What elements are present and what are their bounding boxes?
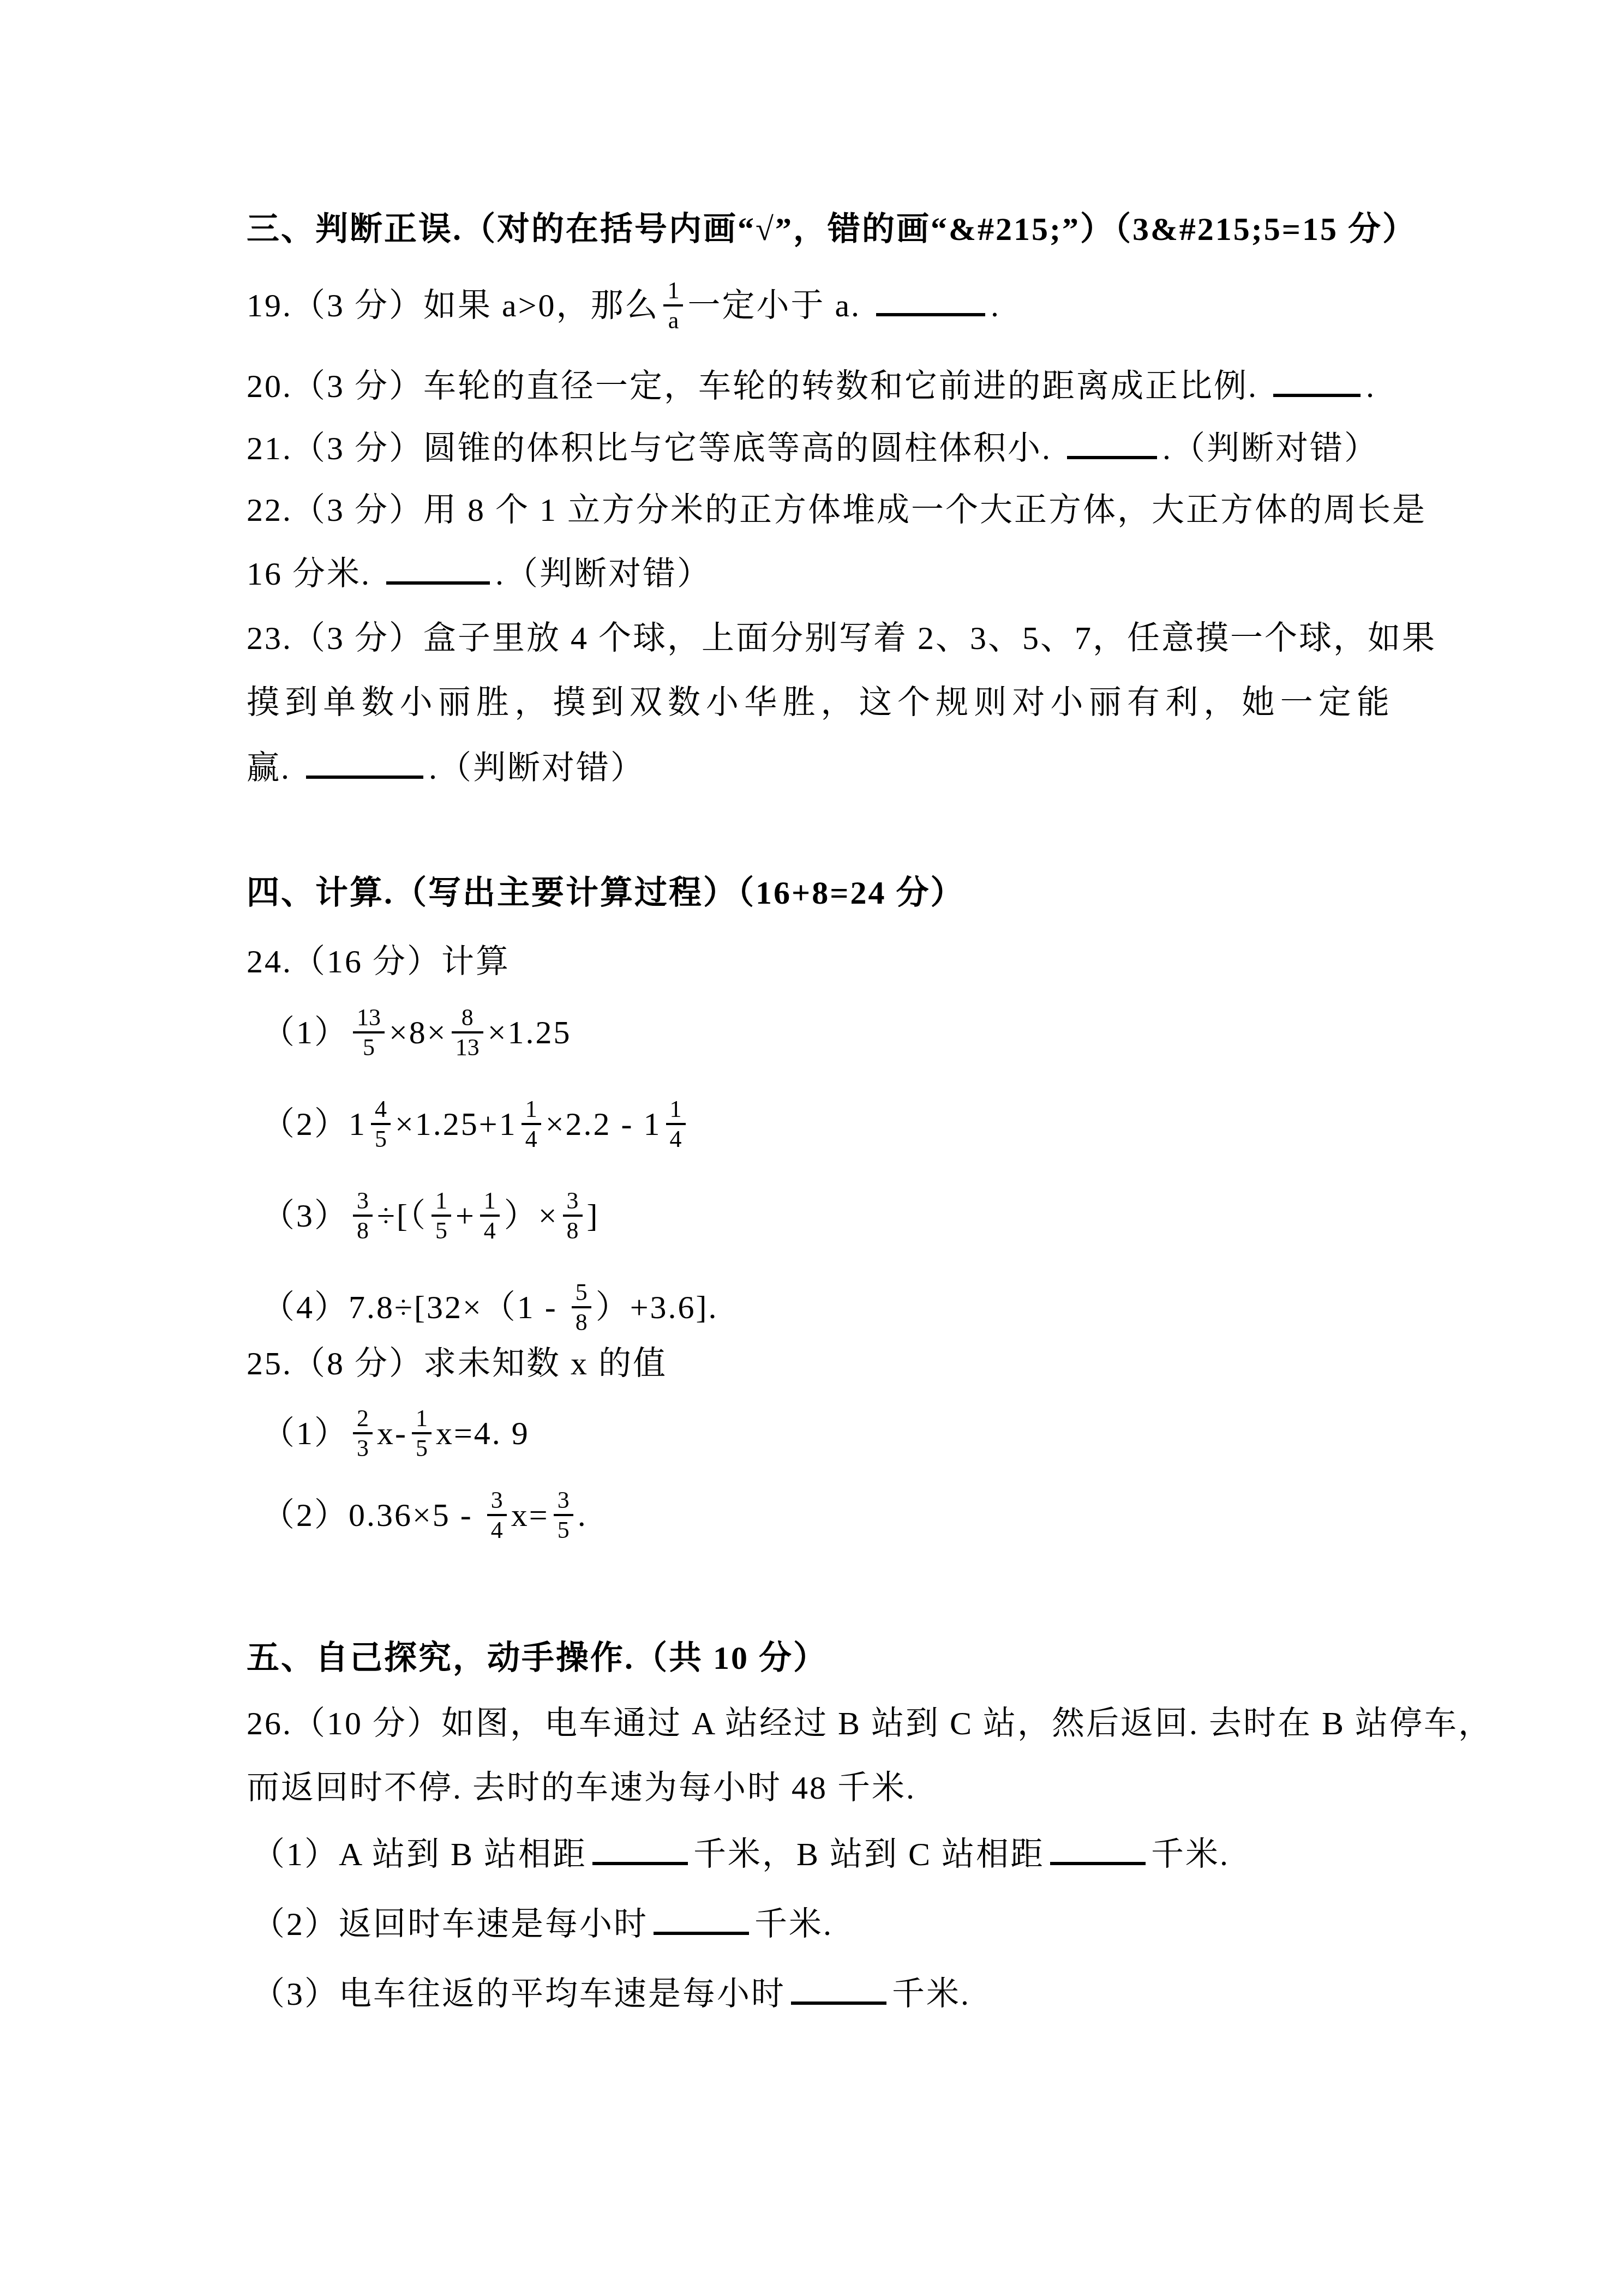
answer-blank [1273, 387, 1361, 397]
fraction: 15 [432, 1188, 451, 1244]
question-24-part-3: （3）38÷[（15+14）×38] [262, 1170, 1391, 1261]
fraction-numerator: 2 [353, 1405, 373, 1433]
text-run: （2）返回时车速是每小时 [252, 1906, 648, 1942]
fraction-denominator: 4 [522, 1123, 541, 1152]
answer-blank [592, 1855, 688, 1865]
text-run: . [578, 1497, 588, 1533]
text-run: （2）0.36×5 - [262, 1497, 483, 1533]
text-run: ] [587, 1198, 600, 1234]
text-run: 24.（16 分）计算 [247, 943, 510, 979]
text-run: （1） [262, 1014, 349, 1050]
text-run: （3） [262, 1198, 349, 1234]
text-run: （1） [262, 1415, 349, 1451]
text-run: 摸到单数小丽胜，摸到双数小华胜，这个规则对小丽有利，她一定能 [247, 684, 1391, 720]
text-run: 22.（3 分）用 8 个 1 立方分米的正方体堆成一个大正方体，大正方体的周长… [247, 492, 1427, 528]
fraction-denominator: a [663, 304, 683, 334]
question-25: 25.（8 分）求未知数 x 的值 [247, 1332, 1391, 1395]
fraction-denominator: 5 [554, 1514, 573, 1543]
text-run: 20.（3 分）车轮的直径一定，车轮的转数和它前进的距离成正比例. [247, 368, 1268, 404]
text-run: 25.（8 分）求未知数 x 的值 [247, 1345, 667, 1381]
text-run: .（判断对错） [429, 750, 645, 786]
text-run: . [1366, 368, 1376, 404]
answer-blank [1067, 449, 1157, 459]
fraction: 14 [666, 1096, 686, 1152]
fraction-denominator: 5 [353, 1031, 385, 1061]
text-run: 23.（3 分）盒子里放 4 个球，上面分别写着 2、3、5、7，任意摸一个球，… [247, 620, 1436, 656]
text-run: （3）电车往返的平均车速是每小时 [252, 1976, 786, 2012]
text-run: ）+3.6]. [596, 1289, 718, 1325]
text-run: 26.（10 分）如图，电车通过 A 站经过 B 站到 C 站，然后返回. 去时… [247, 1705, 1493, 1741]
question-19: 19.（3 分）如果 a>0，那么1a一定小于 a. . [247, 265, 1391, 346]
answer-blank [654, 1925, 749, 1935]
text-run: 而返回时不停. 去时的车速为每小时 48 千米. [247, 1770, 916, 1806]
fraction-numerator: 1 [432, 1188, 451, 1215]
text-run: x- [377, 1415, 408, 1451]
fraction: 14 [522, 1096, 541, 1152]
fraction-numerator: 1 [666, 1096, 686, 1123]
text-run: （4）7.8÷[32×（1 - [262, 1289, 567, 1325]
fraction-numerator: 1 [412, 1405, 432, 1433]
text-run: ×8× [389, 1014, 447, 1050]
fraction: 1a [663, 278, 683, 334]
fraction-numerator: 1 [663, 278, 683, 305]
answer-blank [386, 575, 490, 585]
section-4-heading: 四、计算.（写出主要计算过程）（16+8=24 分） [247, 861, 1391, 924]
text-run: 19.（3 分）如果 a>0，那么 [247, 287, 659, 323]
text-run: .（判断对错） [495, 556, 711, 592]
fraction: 135 [353, 1005, 385, 1061]
fraction-numerator: 5 [572, 1279, 591, 1307]
fraction: 38 [353, 1188, 373, 1244]
text-run: .（判断对错） [1162, 430, 1379, 466]
fraction-numerator: 4 [371, 1096, 391, 1123]
text-run: 赢. [247, 750, 301, 786]
fraction-denominator: 5 [371, 1123, 391, 1152]
question-25-part-2: （2）0.36×5 - 34x=35. [262, 1471, 1391, 1559]
fraction-denominator: 8 [572, 1306, 591, 1336]
text-run: 千米. [754, 1906, 833, 1942]
text-run: ）× [504, 1198, 559, 1234]
text-run: 四、计算.（写出主要计算过程）（16+8=24 分） [247, 875, 964, 911]
fraction: 14 [480, 1188, 500, 1244]
fraction-numerator: 3 [563, 1188, 583, 1215]
text-run: ×1.25 [488, 1014, 572, 1050]
text-run: （2）1 [262, 1106, 367, 1142]
fraction-denominator: 4 [487, 1514, 507, 1543]
question-23-line-3: 赢. .（判断对错） [247, 736, 1391, 800]
text-run: x= [511, 1497, 549, 1533]
answer-blank [306, 769, 423, 779]
answer-blank [1050, 1855, 1146, 1865]
fraction: 15 [412, 1405, 432, 1462]
question-22-line-1: 22.（3 分）用 8 个 1 立方分米的正方体堆成一个大正方体，大正方体的周长… [247, 478, 1391, 542]
fraction-numerator: 1 [480, 1188, 500, 1215]
text-run: 五、自己探究，动手操作.（共 10 分） [247, 1640, 828, 1676]
fraction-denominator: 8 [563, 1215, 583, 1244]
question-24: 24.（16 分）计算 [247, 930, 1391, 993]
question-21: 21.（3 分）圆锥的体积比与它等底等高的圆柱体积小. .（判断对错） [247, 417, 1391, 480]
text-run: . [991, 287, 1000, 323]
question-23-line-2: 摸到单数小丽胜，摸到双数小华胜，这个规则对小丽有利，她一定能 [247, 671, 1391, 734]
fraction: 35 [554, 1487, 573, 1543]
fraction-numerator: 3 [487, 1487, 507, 1514]
fraction: 34 [487, 1487, 507, 1543]
fraction-denominator: 8 [353, 1215, 373, 1244]
question-26-part-1: （1）A 站到 B 站相距千米，B 站到 C 站相距千米. [252, 1820, 1391, 1889]
fraction-numerator: 3 [554, 1487, 573, 1514]
fraction-numerator: 8 [452, 1005, 483, 1032]
answer-blank [876, 306, 985, 316]
text-run: ÷[（ [377, 1198, 427, 1234]
question-22-line-2: 16 分米. .（判断对错） [247, 542, 1391, 605]
exam-page: 三、判断正误.（对的在括号内画“√”，错的画“&#215;”）（3&#215;5… [0, 0, 1624, 2296]
text-run: ×1.25+1 [395, 1106, 517, 1142]
fraction-denominator: 5 [432, 1215, 451, 1244]
text-run: 16 分米. [247, 556, 381, 592]
fraction-denominator: 4 [480, 1215, 500, 1244]
fraction: 23 [353, 1405, 373, 1462]
fraction-denominator: 3 [353, 1432, 373, 1462]
text-run: 一定小于 a. [687, 287, 871, 323]
section-5-heading: 五、自己探究，动手操作.（共 10 分） [247, 1626, 1391, 1690]
fraction: 813 [452, 1005, 483, 1061]
answer-blank [791, 1995, 886, 2005]
question-24-part-2: （2）145×1.25+114×2.2 - 114 [262, 1078, 1391, 1170]
fraction-numerator: 3 [353, 1188, 373, 1215]
text-run: ×2.2 - 1 [546, 1106, 662, 1142]
text-run: + [456, 1198, 476, 1234]
question-23-line-1: 23.（3 分）盒子里放 4 个球，上面分别写着 2、3、5、7，任意摸一个球，… [247, 606, 1391, 670]
text-run: x=4. 9 [436, 1415, 530, 1451]
question-26-part-3: （3）电车往返的平均车速是每小时千米. [252, 1960, 1391, 2028]
fraction-numerator: 13 [353, 1005, 385, 1032]
question-26-line-1: 26.（10 分）如图，电车通过 A 站经过 B 站到 C 站，然后返回. 去时… [247, 1692, 1391, 1755]
text-run: （1）A 站到 B 站相距 [252, 1836, 587, 1872]
fraction-denominator: 13 [452, 1031, 483, 1061]
question-26-part-2: （2）返回时车速是每小时千米. [252, 1890, 1391, 1958]
fraction: 58 [572, 1279, 591, 1336]
text-run: 千米. [892, 1976, 970, 2012]
question-24-part-1: （1）135×8×813×1.25 [262, 987, 1391, 1078]
text-run: 千米. [1151, 1836, 1230, 1872]
question-26-line-2: 而返回时不停. 去时的车速为每小时 48 千米. [247, 1756, 1391, 1819]
fraction: 45 [371, 1096, 391, 1152]
text-run: 三、判断正误.（对的在括号内画“√”，错的画“&#215;”）（3&#215;5… [247, 211, 1417, 247]
fraction-numerator: 1 [522, 1096, 541, 1123]
text-run: 21.（3 分）圆锥的体积比与它等底等高的圆柱体积小. [247, 430, 1062, 466]
question-20: 20.（3 分）车轮的直径一定，车轮的转数和它前进的距离成正比例. . [247, 354, 1391, 418]
fraction-denominator: 4 [666, 1123, 686, 1152]
fraction: 38 [563, 1188, 583, 1244]
text-run: 千米，B 站到 C 站相距 [693, 1836, 1045, 1872]
fraction-denominator: 5 [412, 1432, 432, 1462]
question-25-part-1: （1）23x-15x=4. 9 [262, 1390, 1391, 1477]
section-3-heading: 三、判断正误.（对的在括号内画“√”，错的画“&#215;”）（3&#215;5… [247, 197, 1391, 261]
